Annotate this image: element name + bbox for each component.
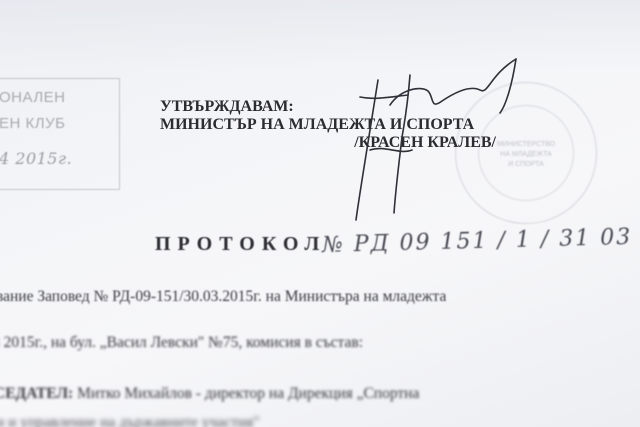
stamp-date: 4 2015г. xyxy=(0,149,72,168)
signature-icon xyxy=(330,55,570,225)
document-title: ПРОТОКОЛ xyxy=(155,233,326,256)
handwritten-registration-number: № РД 09 151 / 1 / 31 03 2015 xyxy=(322,223,640,258)
stamp-line-1: ОНАЛЕН xyxy=(0,89,66,106)
body-line-1: вание Заповед № РД-09-151/30.03.2015г. н… xyxy=(0,288,446,306)
body-line-4: и и управление на държавните участия" xyxy=(0,414,260,427)
chairman-text: Митко Михайлов - директор на Дирекция „С… xyxy=(77,385,419,402)
document-photo: ОНАЛЕН ЕН КЛУБ 4 2015г. МИНИСТЕРСТВО НА … xyxy=(0,0,640,427)
body-line-2: 3 2015г., на бул. „Васил Левски" №75, ко… xyxy=(0,334,363,352)
chairman-label: СЕДАТЕЛ: xyxy=(0,385,73,402)
stamp-line-2: ЕН КЛУБ xyxy=(0,115,65,132)
registration-stamp: ОНАЛЕН ЕН КЛУБ 4 2015г. xyxy=(0,78,120,190)
body-line-3: СЕДАТЕЛ: Митко Михайлов - директор на Ди… xyxy=(0,385,419,403)
